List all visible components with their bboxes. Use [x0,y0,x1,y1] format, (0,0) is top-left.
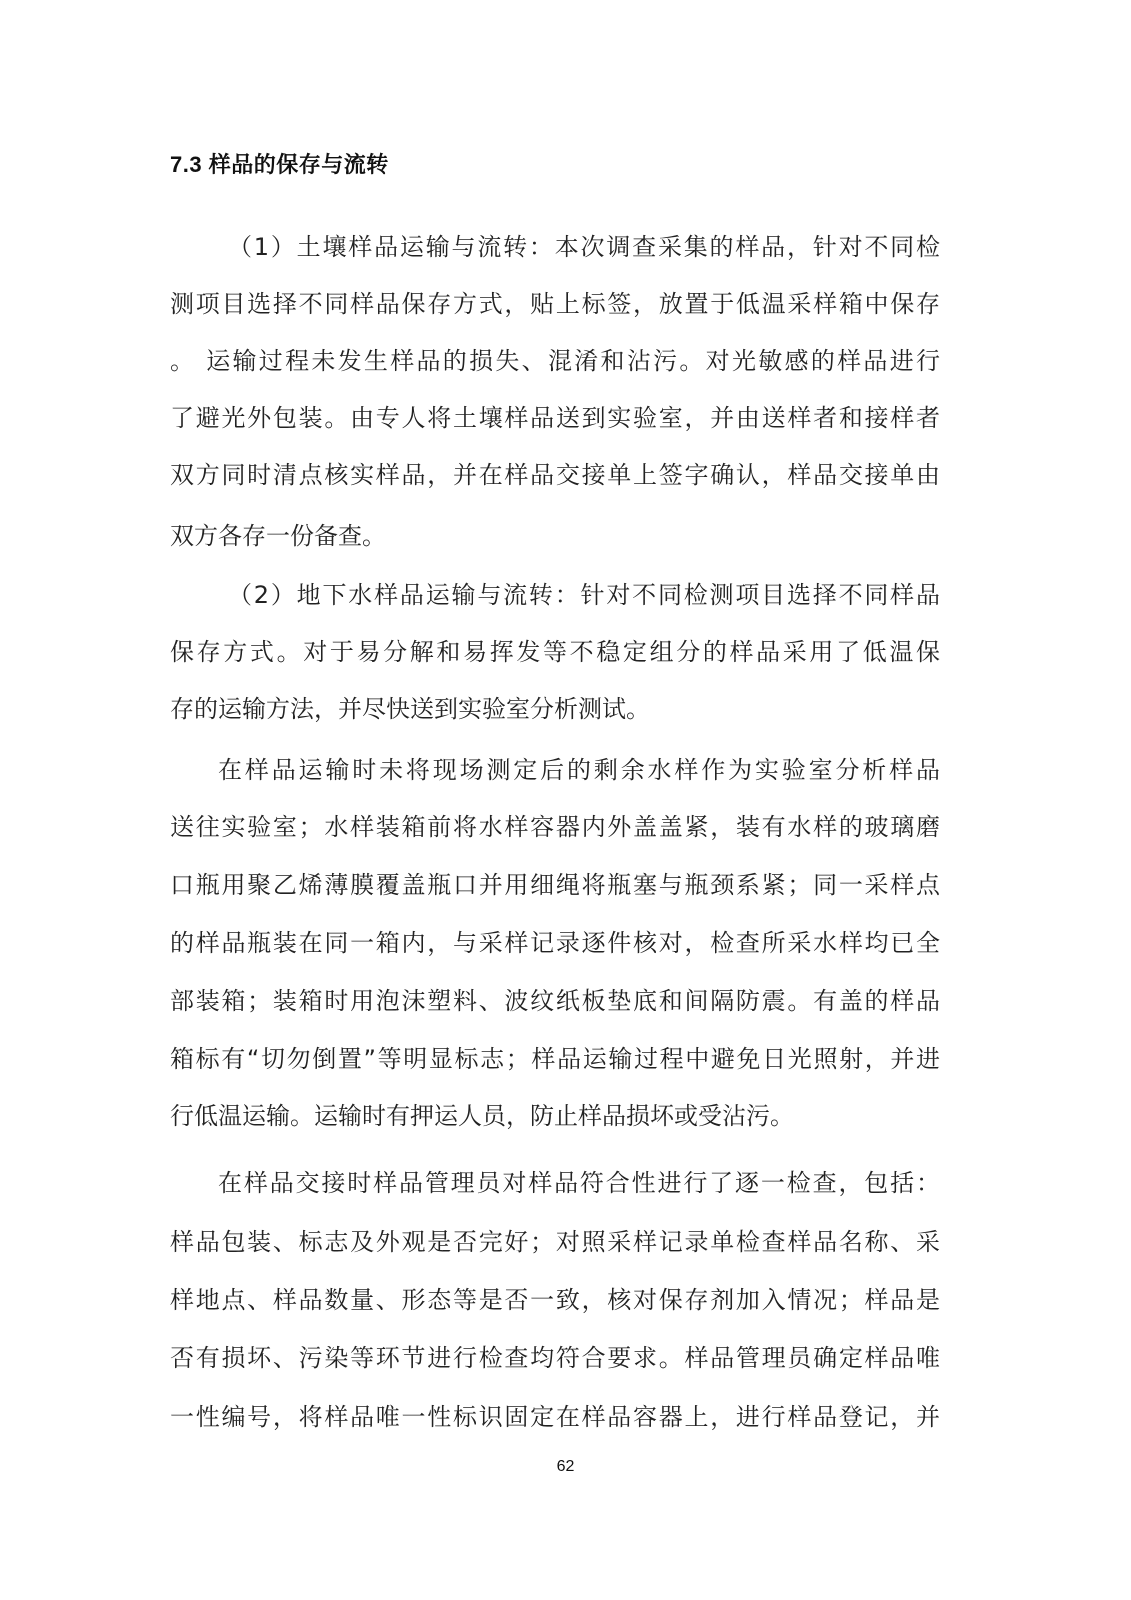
text-line: （1）土壤样品运输与流转：本次调查采集的样品，针对不同检 [228,232,940,262]
text-line: 双方各存一份备查。 [170,521,940,551]
text-line: 测项目选择不同样品保存方式，贴上标签，放置于低温采样箱中保存 [170,289,940,319]
text-line: 箱标有“切勿倒置”等明显标志；样品运输过程中避免日光照射，并进 [170,1044,940,1074]
text-line: 存的运输方法，并尽快送到实验室分析测试。 [170,694,940,724]
text-line: 样品包装、标志及外观是否完好；对照采样记录单检查样品名称、采 [170,1227,940,1257]
text-line: 保存方式。对于易分解和易挥发等不稳定组分的样品采用了低温保 [170,637,940,667]
text-line: 在样品运输时未将现场测定后的剩余水样作为实验室分析样品 [218,755,940,785]
text-line: 行低温运输。运输时有押运人员，防止样品损坏或受沾污。 [170,1101,940,1131]
text-line: 部装箱；装箱时用泡沫塑料、波纹纸板垫底和间隔防震。有盖的样品 [170,986,940,1016]
text-line: 口瓶用聚乙烯薄膜覆盖瓶口并用细绳将瓶塞与瓶颈系紧；同一采样点 [170,870,940,900]
text-line: 样地点、样品数量、形态等是否一致，核对保存剂加入情况；样品是 [170,1285,940,1315]
text-line: （2）地下水样品运输与流转：针对不同检测项目选择不同样品 [228,580,940,610]
text-line: 送往实验室；水样装箱前将水样容器内外盖盖紧，装有水样的玻璃磨 [170,812,940,842]
text-line: 一性编号，将样品唯一性标识固定在样品容器上，进行样品登记，并 [170,1402,940,1432]
document-page: 7.3 样品的保存与流转 （1）土壤样品运输与流转：本次调查采集的样品，针对不同… [0,0,1131,1600]
text-line: 。 运输过程未发生样品的损失、混淆和沾污。对光敏感的样品进行 [170,346,940,376]
section-heading: 7.3 样品的保存与流转 [170,148,389,179]
page-number: 62 [0,1458,1131,1476]
text-line: 否有损坏、污染等环节进行检查均符合要求。样品管理员确定样品唯 [170,1343,940,1373]
text-line: 了避光外包装。由专人将土壤样品送到实验室，并由送样者和接样者 [170,403,940,433]
text-line: 双方同时清点核实样品，并在样品交接单上签字确认，样品交接单由 [170,460,940,490]
text-line: 在样品交接时样品管理员对样品符合性进行了逐一检查，包括： [218,1168,940,1198]
text-line: 的样品瓶装在同一箱内，与采样记录逐件核对，检查所采水样均已全 [170,928,940,958]
